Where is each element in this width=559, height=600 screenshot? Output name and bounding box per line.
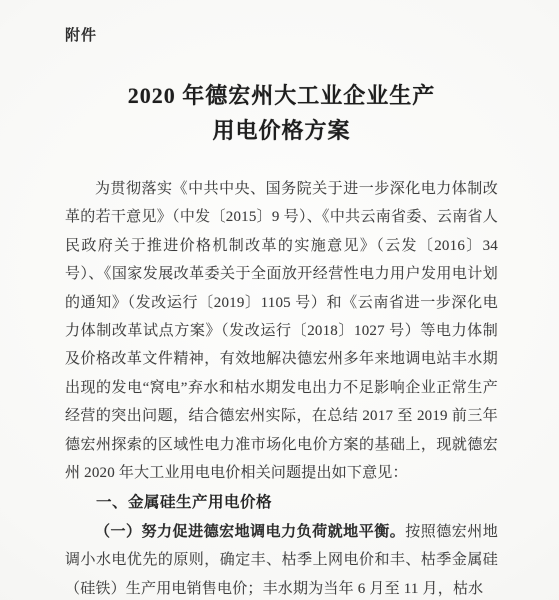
section-item-paragraph: （一）努力促进德宏地调电力负荷就地平衡。按照德宏州地调小水电优先的原则，确定丰、…: [65, 518, 498, 600]
item-lead-text: （一）努力促进德宏地调电力负荷就地平衡。: [95, 524, 405, 540]
document-title: 2020 年德宏州大工业企业生产 用电价格方案: [65, 78, 498, 148]
intro-paragraph: 为贯彻落实《中共中央、国务院关于进一步深化电力体制改革的若干意见》（中发〔201…: [65, 175, 498, 487]
document-page: 附件 2020 年德宏州大工业企业生产 用电价格方案 为贯彻落实《中共中央、国务…: [0, 0, 559, 600]
section-heading-1: 一、金属硅生产用电价格: [65, 489, 498, 517]
attachment-label: 附件: [65, 26, 498, 45]
document-title-line1: 2020 年德宏州大工业企业生产: [65, 78, 498, 113]
document-title-line2: 用电价格方案: [65, 113, 498, 148]
document-content: 附件 2020 年德宏州大工业企业生产 用电价格方案 为贯彻落实《中共中央、国务…: [65, 0, 498, 600]
